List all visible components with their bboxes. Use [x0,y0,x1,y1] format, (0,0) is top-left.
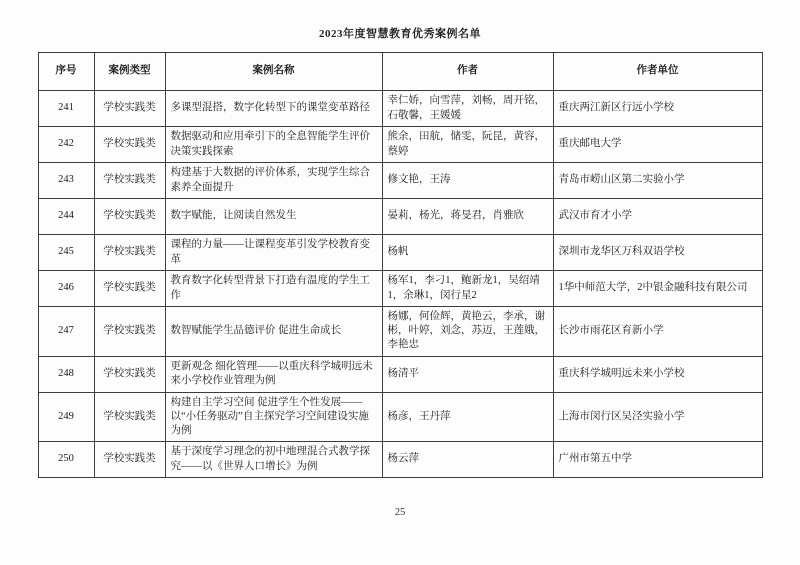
cell-author-org: 青岛市崂山区第二实验小学 [553,163,762,199]
header-authors: 作者 [382,53,553,91]
cell-case-name: 数字赋能，让阅读自然发生 [165,199,382,235]
cell-case-name: 课程的力量——让课程变革引发学校教育变革 [165,235,382,271]
header-name: 案例名称 [165,53,382,91]
cell-case-type: 学校实践类 [94,307,165,357]
table-header: 序号 案例类型 案例名称 作者 作者单位 [38,53,762,91]
cell-case-type: 学校实践类 [94,442,165,478]
cell-author-org: 广州市第五中学 [553,442,762,478]
cell-case-type: 学校实践类 [94,271,165,307]
cell-authors: 杨清平 [382,356,553,392]
cell-author-org: 1华中师范大学，2中银金融科技有限公司 [553,271,762,307]
cell-case-type: 学校实践类 [94,392,165,442]
table-row: 248 学校实践类 更新观念 细化管理——以重庆科学城明远未来小学校作业管理为例… [38,356,762,392]
table-row: 245 学校实践类 课程的力量——让课程变革引发学校教育变革 杨帆 深圳市龙华区… [38,235,762,271]
cell-authors: 杨娜，何俭辉，黄艳云，李承，谢彬，叶婷，刘念，苏迈，王莲娥，李艳忠 [382,307,553,357]
cell-case-name: 教育数字化转型背景下打造有温度的学生工作 [165,271,382,307]
cell-case-name: 基于深度学习理念的初中地理混合式教学探究——以《世界人口增长》为例 [165,442,382,478]
cell-case-number: 248 [38,356,94,392]
cell-case-number: 242 [38,127,94,163]
cell-case-name: 多课型混搭，数字化转型下的课堂变革路径 [165,91,382,127]
cell-authors: 杨彦，王丹萍 [382,392,553,442]
table-row: 241 学校实践类 多课型混搭，数字化转型下的课堂变革路径 幸仁娇，向雪萍，刘畅… [38,91,762,127]
page-title: 2023年度智慧教育优秀案例名单 [0,0,800,41]
cell-case-type: 学校实践类 [94,127,165,163]
table-row: 242 学校实践类 数据驱动和应用牵引下的全息智能学生评价决策实践探索 熊余，田… [38,127,762,163]
cell-case-number: 241 [38,91,94,127]
table-row: 243 学校实践类 构建基于大数据的评价体系，实现学生综合素养全面提升 修文艳，… [38,163,762,199]
cell-case-type: 学校实践类 [94,199,165,235]
cell-author-org: 武汉市育才小学 [553,199,762,235]
cell-case-number: 243 [38,163,94,199]
header-no: 序号 [38,53,94,91]
cell-author-org: 重庆两江新区行远小学校 [553,91,762,127]
cell-case-number: 244 [38,199,94,235]
cell-case-name: 构建基于大数据的评价体系，实现学生综合素养全面提升 [165,163,382,199]
cell-case-type: 学校实践类 [94,91,165,127]
cell-case-name: 构建自主学习空间 促进学生个性发展——以“小任务驱动”自主探究学习空间建设实施为… [165,392,382,442]
cell-author-org: 深圳市龙华区万科双语学校 [553,235,762,271]
cell-authors: 幸仁娇，向雪萍，刘畅，周开铭，石敬馨，王媛媛 [382,91,553,127]
table-row: 249 学校实践类 构建自主学习空间 促进学生个性发展——以“小任务驱动”自主探… [38,392,762,442]
cell-case-number: 249 [38,392,94,442]
header-type: 案例类型 [94,53,165,91]
cell-authors: 杨帆 [382,235,553,271]
cell-authors: 杨云萍 [382,442,553,478]
cell-author-org: 重庆科学城明远未来小学校 [553,356,762,392]
table-body: 241 学校实践类 多课型混搭，数字化转型下的课堂变革路径 幸仁娇，向雪萍，刘畅… [38,91,762,478]
document-page: 2023年度智慧教育优秀案例名单 序号 案例类型 案例名称 作者 作者单位 24… [0,0,800,565]
cell-author-org: 上海市闵行区吴泾实验小学 [553,392,762,442]
header-org: 作者单位 [553,53,762,91]
table-row: 246 学校实践类 教育数字化转型背景下打造有温度的学生工作 杨军1，李刁1，鲍… [38,271,762,307]
cell-case-number: 245 [38,235,94,271]
cell-case-number: 246 [38,271,94,307]
cell-case-type: 学校实践类 [94,163,165,199]
cell-case-number: 247 [38,307,94,357]
cases-table: 序号 案例类型 案例名称 作者 作者单位 241 学校实践类 多课型混搭，数字化… [38,52,763,478]
table-row: 244 学校实践类 数字赋能，让阅读自然发生 晏莉，杨光，蒋旻君，肖雅欣 武汉市… [38,199,762,235]
cell-case-name: 数智赋能学生品德评价 促进生命成长 [165,307,382,357]
cell-author-org: 长沙市雨花区育新小学 [553,307,762,357]
table-row: 250 学校实践类 基于深度学习理念的初中地理混合式教学探究——以《世界人口增长… [38,442,762,478]
cell-case-type: 学校实践类 [94,356,165,392]
cell-case-name: 数据驱动和应用牵引下的全息智能学生评价决策实践探索 [165,127,382,163]
cell-authors: 杨军1，李刁1，鲍新龙1，吴绍靖1，余琳1，闵行星2 [382,271,553,307]
header-row: 序号 案例类型 案例名称 作者 作者单位 [38,53,762,91]
cell-case-number: 250 [38,442,94,478]
cell-authors: 修文艳，王涛 [382,163,553,199]
cell-case-type: 学校实践类 [94,235,165,271]
cell-authors: 熊余，田航，储雯，阮昆，黄容，蔡婷 [382,127,553,163]
page-number: 25 [0,507,800,518]
cell-authors: 晏莉，杨光，蒋旻君，肖雅欣 [382,199,553,235]
table-row: 247 学校实践类 数智赋能学生品德评价 促进生命成长 杨娜，何俭辉，黄艳云，李… [38,307,762,357]
cell-case-name: 更新观念 细化管理——以重庆科学城明远未来小学校作业管理为例 [165,356,382,392]
cell-author-org: 重庆邮电大学 [553,127,762,163]
